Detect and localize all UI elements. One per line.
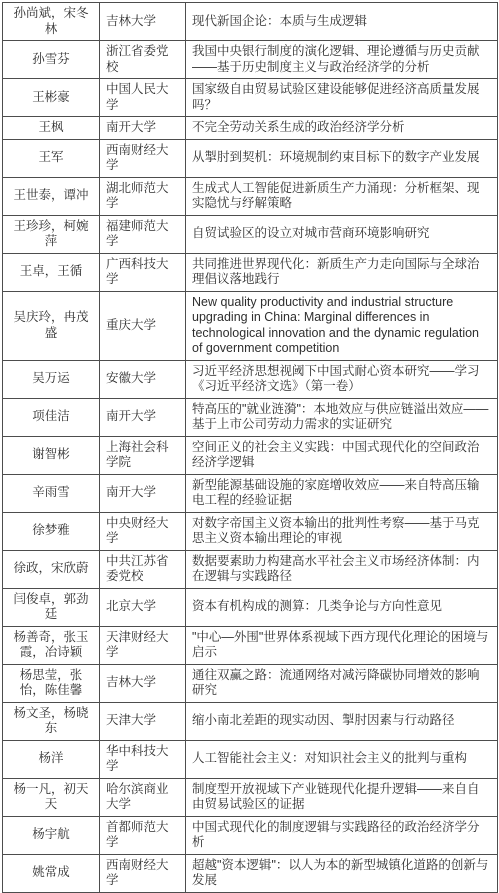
table-row: 杨洋华中科技大学人工智能社会主义：对知识社会主义的批判与重构 — [3, 740, 498, 778]
affiliation-cell: 福建师范大学 — [100, 215, 186, 253]
paper-list-table-body: 孙尚斌，宋冬林吉林大学现代新国企论：本质与生成逻辑孙雪芬浙江省委党校我国中央银行… — [3, 3, 498, 893]
paper-title-cell: 缩小南北差距的现实动因、掣肘因素与行动路径 — [186, 702, 498, 740]
paper-title-cell: 自贸试验区的设立对城市营商环境影响研究 — [186, 215, 498, 253]
paper-title-cell: 现代新国企论：本质与生成逻辑 — [186, 3, 498, 41]
affiliation-cell: 天津财经大学 — [100, 626, 186, 664]
affiliation-cell: 南开大学 — [100, 398, 186, 436]
table-row: 孙雪芬浙江省委党校我国中央银行制度的演化逻辑、理论遵循与历史贡献——基于历史制度… — [3, 41, 498, 79]
authors-cell: 杨洋 — [3, 740, 100, 778]
paper-title-cell: 制度型开放视域下产业链现代化提升逻辑——来自自由贸易试验区的证据 — [186, 778, 498, 816]
table-row: 杨文圣，杨晓东天津大学缩小南北差距的现实动因、掣肘因素与行动路径 — [3, 702, 498, 740]
authors-cell: 王彬豪 — [3, 79, 100, 117]
affiliation-cell: 西南财经大学 — [100, 854, 186, 892]
paper-title-cell: 中国式现代化的制度逻辑与实践路径的政治经济学分析 — [186, 816, 498, 854]
paper-title-cell: 资本有机构成的测算：几类争论与方向性意见 — [186, 588, 498, 626]
page: 孙尚斌，宋冬林吉林大学现代新国企论：本质与生成逻辑孙雪芬浙江省委党校我国中央银行… — [0, 0, 499, 805]
authors-cell: 孙雪芬 — [3, 41, 100, 79]
affiliation-cell: 吉林大学 — [100, 3, 186, 41]
authors-cell: 姚常成 — [3, 854, 100, 892]
authors-cell: 王军 — [3, 139, 100, 177]
authors-cell: 王世泰，谭冲 — [3, 177, 100, 215]
table-row: 孙尚斌，宋冬林吉林大学现代新国企论：本质与生成逻辑 — [3, 3, 498, 41]
authors-cell: 谢智彬 — [3, 436, 100, 474]
paper-title-cell: 新型能源基础设施的家庭增收效应——来自特高压输电工程的经验证据 — [186, 474, 498, 512]
affiliation-cell: 广西科技大学 — [100, 253, 186, 291]
authors-cell: 吴万运 — [3, 360, 100, 398]
paper-title-cell: New quality productivity and industrial … — [186, 291, 498, 360]
affiliation-cell: 中国人民大学 — [100, 79, 186, 117]
authors-cell: 孙尚斌，宋冬林 — [3, 3, 100, 41]
paper-title-cell: 超越"资本逻辑"：以人为本的新型城镇化道路的创新与发展 — [186, 854, 498, 892]
paper-title-cell: 共同推进世界现代化：新质生产力走向国际与全球治理倡议落地践行 — [186, 253, 498, 291]
authors-cell: 王珍珍，柯婉萍 — [3, 215, 100, 253]
paper-title-cell: "中心—外围"世界体系视域下西方现代化理论的困境与启示 — [186, 626, 498, 664]
authors-cell: 杨一凡，初天天 — [3, 778, 100, 816]
paper-title-cell: 通往双赢之路：流通网络对减污降碳协同增效的影响研究 — [186, 664, 498, 702]
affiliation-cell: 北京大学 — [100, 588, 186, 626]
affiliation-cell: 首都师范大学 — [100, 816, 186, 854]
table-row: 王卓，王循广西科技大学共同推进世界现代化：新质生产力走向国际与全球治理倡议落地践… — [3, 253, 498, 291]
affiliation-cell: 西南财经大学 — [100, 139, 186, 177]
table-row: 王珍珍，柯婉萍福建师范大学自贸试验区的设立对城市营商环境影响研究 — [3, 215, 498, 253]
affiliation-cell: 中央财经大学 — [100, 512, 186, 550]
affiliation-cell: 中共江苏省委党校 — [100, 550, 186, 588]
table-row: 辛雨雪南开大学新型能源基础设施的家庭增收效应——来自特高压输电工程的经验证据 — [3, 474, 498, 512]
table-row: 王枫南开大学不完全劳动关系生成的政治经济学分析 — [3, 117, 498, 140]
authors-cell: 杨文圣，杨晓东 — [3, 702, 100, 740]
paper-title-cell: 我国中央银行制度的演化逻辑、理论遵循与历史贡献——基于历史制度主义与政治经济学的… — [186, 41, 498, 79]
affiliation-cell: 安徽大学 — [100, 360, 186, 398]
table-row: 王彬豪中国人民大学国家级自由贸易试验区建设能够促进经济高质量发展吗？ — [3, 79, 498, 117]
affiliation-cell: 南开大学 — [100, 474, 186, 512]
authors-cell: 杨宇航 — [3, 816, 100, 854]
authors-cell: 王卓，王循 — [3, 253, 100, 291]
authors-cell: 辛雨雪 — [3, 474, 100, 512]
paper-title-cell: 生成式人工智能促进新质生产力涌现：分析框架、现实隐忧与纾解策略 — [186, 177, 498, 215]
affiliation-cell: 华中科技大学 — [100, 740, 186, 778]
paper-title-cell: 人工智能社会主义：对知识社会主义的批判与重构 — [186, 740, 498, 778]
paper-list-table: 孙尚斌，宋冬林吉林大学现代新国企论：本质与生成逻辑孙雪芬浙江省委党校我国中央银行… — [2, 2, 498, 893]
paper-title-cell: 数据要素助力构建高水平社会主义市场经济体制：内在逻辑与实践路径 — [186, 550, 498, 588]
authors-cell: 徐政，宋欣蔚 — [3, 550, 100, 588]
authors-cell: 杨思莹，张怡，陈佳馨 — [3, 664, 100, 702]
affiliation-cell: 湖北师范大学 — [100, 177, 186, 215]
authors-cell: 吴庆玲，冉茂盛 — [3, 291, 100, 360]
affiliation-cell: 哈尔滨商业大学 — [100, 778, 186, 816]
paper-title-cell: 习近平经济思想视阈下中国式耐心资本研究——学习《习近平经济文选》（第一卷） — [186, 360, 498, 398]
affiliation-cell: 重庆大学 — [100, 291, 186, 360]
affiliation-cell: 吉林大学 — [100, 664, 186, 702]
table-row: 徐梦雅中央财经大学对数字帝国主义资本输出的批判性考察——基于马克思主义资本输出理… — [3, 512, 498, 550]
paper-title-cell: 从掣肘到契机：环境规制约束目标下的数字产业发展 — [186, 139, 498, 177]
table-row: 王军西南财经大学从掣肘到契机：环境规制约束目标下的数字产业发展 — [3, 139, 498, 177]
table-row: 吴万运安徽大学习近平经济思想视阈下中国式耐心资本研究——学习《习近平经济文选》（… — [3, 360, 498, 398]
authors-cell: 杨善奇，张玉霞，冶诗颖 — [3, 626, 100, 664]
table-row: 杨宇航首都师范大学中国式现代化的制度逻辑与实践路径的政治经济学分析 — [3, 816, 498, 854]
table-row: 杨善奇，张玉霞，冶诗颖天津财经大学"中心—外围"世界体系视域下西方现代化理论的困… — [3, 626, 498, 664]
affiliation-cell: 上海社会科学院 — [100, 436, 186, 474]
affiliation-cell: 南开大学 — [100, 117, 186, 140]
table-row: 姚常成西南财经大学超越"资本逻辑"：以人为本的新型城镇化道路的创新与发展 — [3, 854, 498, 892]
table-row: 项佳洁南开大学特高压的"就业涟漪"：本地效应与供应链溢出效应——基于上市公司劳动… — [3, 398, 498, 436]
paper-title-cell: 不完全劳动关系生成的政治经济学分析 — [186, 117, 498, 140]
authors-cell: 项佳洁 — [3, 398, 100, 436]
paper-title-cell: 特高压的"就业涟漪"：本地效应与供应链溢出效应——基于上市公司劳动力需求的实证研… — [186, 398, 498, 436]
affiliation-cell: 天津大学 — [100, 702, 186, 740]
table-row: 吴庆玲，冉茂盛重庆大学New quality productivity and … — [3, 291, 498, 360]
affiliation-cell: 浙江省委党校 — [100, 41, 186, 79]
table-row: 杨一凡，初天天哈尔滨商业大学制度型开放视域下产业链现代化提升逻辑——来自自由贸易… — [3, 778, 498, 816]
table-row: 王世泰，谭冲湖北师范大学生成式人工智能促进新质生产力涌现：分析框架、现实隐忧与纾… — [3, 177, 498, 215]
table-row: 谢智彬上海社会科学院空间正义的社会主义实践：中国式现代化的空间政治经济学逻辑 — [3, 436, 498, 474]
authors-cell: 王枫 — [3, 117, 100, 140]
paper-title-cell: 空间正义的社会主义实践：中国式现代化的空间政治经济学逻辑 — [186, 436, 498, 474]
authors-cell: 徐梦雅 — [3, 512, 100, 550]
authors-cell: 闫俊卓，郭劲廷 — [3, 588, 100, 626]
table-row: 徐政，宋欣蔚中共江苏省委党校数据要素助力构建高水平社会主义市场经济体制：内在逻辑… — [3, 550, 498, 588]
table-row: 杨思莹，张怡，陈佳馨吉林大学通往双赢之路：流通网络对减污降碳协同增效的影响研究 — [3, 664, 498, 702]
table-row: 闫俊卓，郭劲廷北京大学资本有机构成的测算：几类争论与方向性意见 — [3, 588, 498, 626]
paper-title-cell: 对数字帝国主义资本输出的批判性考察——基于马克思主义资本输出理论的审视 — [186, 512, 498, 550]
paper-title-cell: 国家级自由贸易试验区建设能够促进经济高质量发展吗？ — [186, 79, 498, 117]
